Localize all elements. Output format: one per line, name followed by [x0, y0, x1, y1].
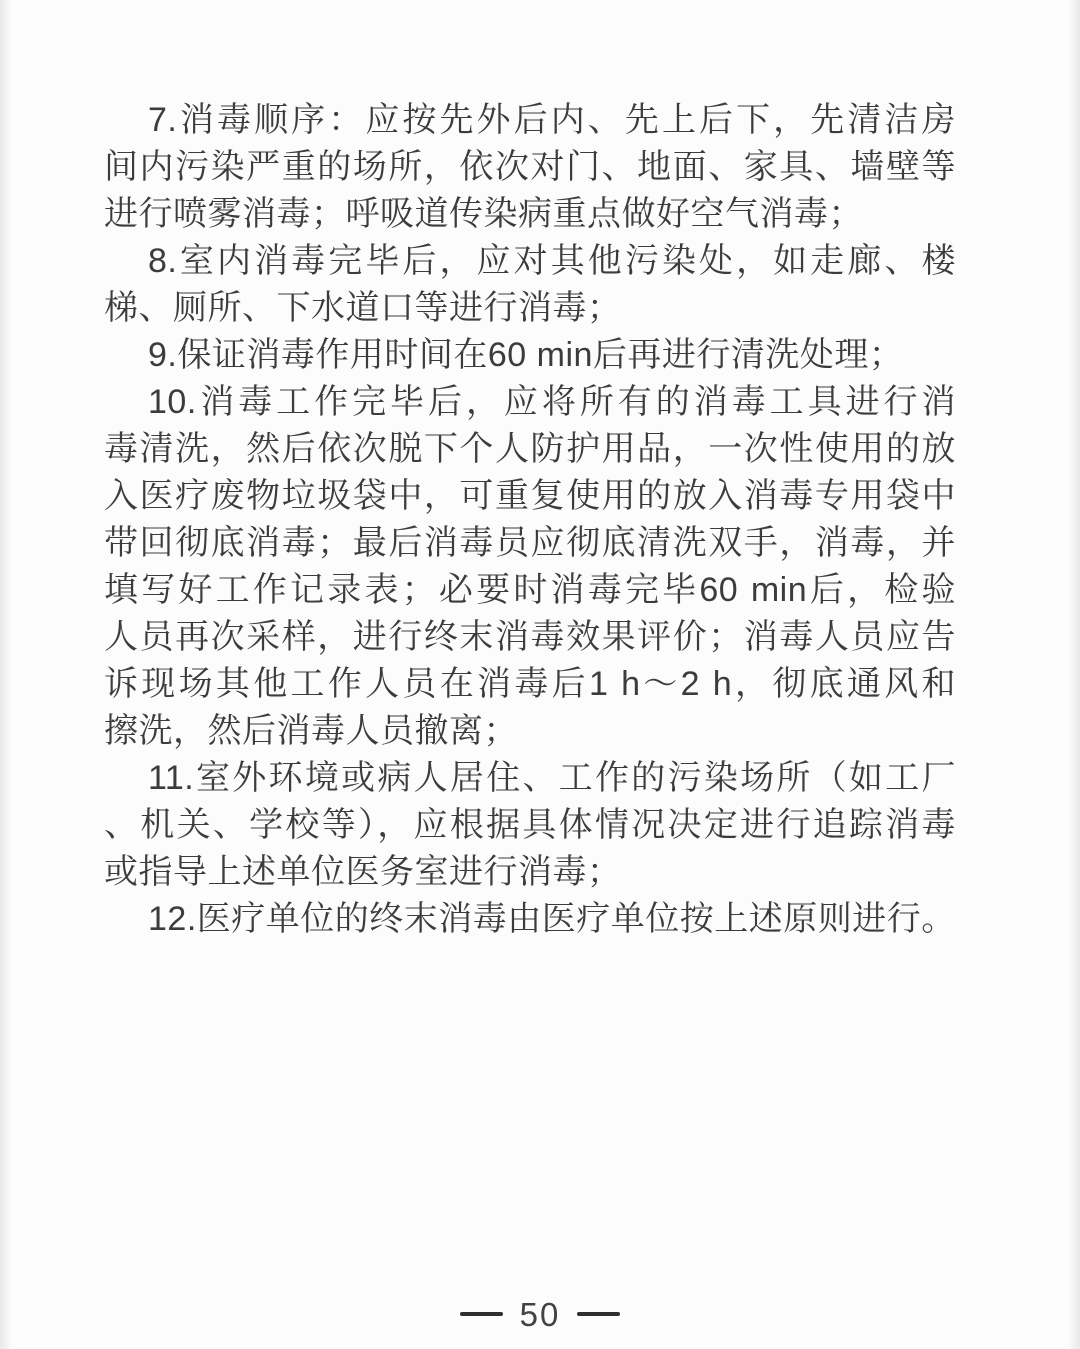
page-footer: 50 — [0, 1292, 1080, 1336]
text-line: 10.消毒工作完毕后，应将所有的消毒工具进行消 — [104, 379, 956, 426]
text-line: 进行喷雾消毒；呼吸道传染病重点做好空气消毒； — [104, 191, 956, 238]
text-line: 擦洗，然后消毒人员撤离； — [104, 708, 956, 755]
text-line: 人员再次采样，进行终末消毒效果评价；消毒人员应告 — [104, 614, 956, 661]
footer-dash-right — [577, 1312, 620, 1316]
text-line: 诉现场其他工作人员在消毒后1 h～2 h，彻底通风和 — [104, 661, 956, 708]
text-line: 9.保证消毒作用时间在60 min后再进行清洗处理； — [104, 332, 956, 379]
text-line: 11.室外环境或病人居住、工作的污染场所（如工厂 — [104, 755, 956, 802]
text-line: 梯、厕所、下水道口等进行消毒； — [104, 285, 956, 332]
text-line: 8.室内消毒完毕后，应对其他污染处，如走廊、楼 — [104, 238, 956, 285]
paragraph-item-11: 11.室外环境或病人居住、工作的污染场所（如工厂、机关、学校等），应根据具体情况… — [104, 755, 956, 896]
page-number: 50 — [520, 1298, 561, 1331]
text-line: 填写好工作记录表；必要时消毒完毕60 min后，检验 — [104, 567, 956, 614]
text-line: 入医疗废物垃圾袋中，可重复使用的放入消毒专用袋中 — [104, 473, 956, 520]
paragraph-item-7: 7.消毒顺序：应按先外后内、先上后下，先清洁房间内污染严重的场所，依次对门、地面… — [104, 97, 956, 238]
document-body: 7.消毒顺序：应按先外后内、先上后下，先清洁房间内污染严重的场所，依次对门、地面… — [104, 97, 956, 943]
text-line: 间内污染严重的场所，依次对门、地面、家具、墙壁等 — [104, 144, 956, 191]
paragraph-item-8: 8.室内消毒完毕后，应对其他污染处，如走廊、楼梯、厕所、下水道口等进行消毒； — [104, 238, 956, 332]
paragraph-item-10: 10.消毒工作完毕后，应将所有的消毒工具进行消毒清洗，然后依次脱下个人防护用品，… — [104, 379, 956, 755]
paragraph-item-9: 9.保证消毒作用时间在60 min后再进行清洗处理； — [104, 332, 956, 379]
text-line: 或指导上述单位医务室进行消毒； — [104, 849, 956, 896]
text-line: 12.医疗单位的终末消毒由医疗单位按上述原则进行。 — [104, 896, 956, 943]
text-line: 带回彻底消毒；最后消毒员应彻底清洗双手，消毒，并 — [104, 520, 956, 567]
paragraph-item-12: 12.医疗单位的终末消毒由医疗单位按上述原则进行。 — [104, 896, 956, 943]
text-line: 7.消毒顺序：应按先外后内、先上后下，先清洁房 — [104, 97, 956, 144]
footer-dash-left — [460, 1312, 503, 1316]
text-line: 毒清洗，然后依次脱下个人防护用品，一次性使用的放 — [104, 426, 956, 473]
page: 7.消毒顺序：应按先外后内、先上后下，先清洁房间内污染严重的场所，依次对门、地面… — [0, 0, 1080, 1349]
text-line: 、机关、学校等），应根据具体情况决定进行追踪消毒 — [104, 802, 956, 849]
